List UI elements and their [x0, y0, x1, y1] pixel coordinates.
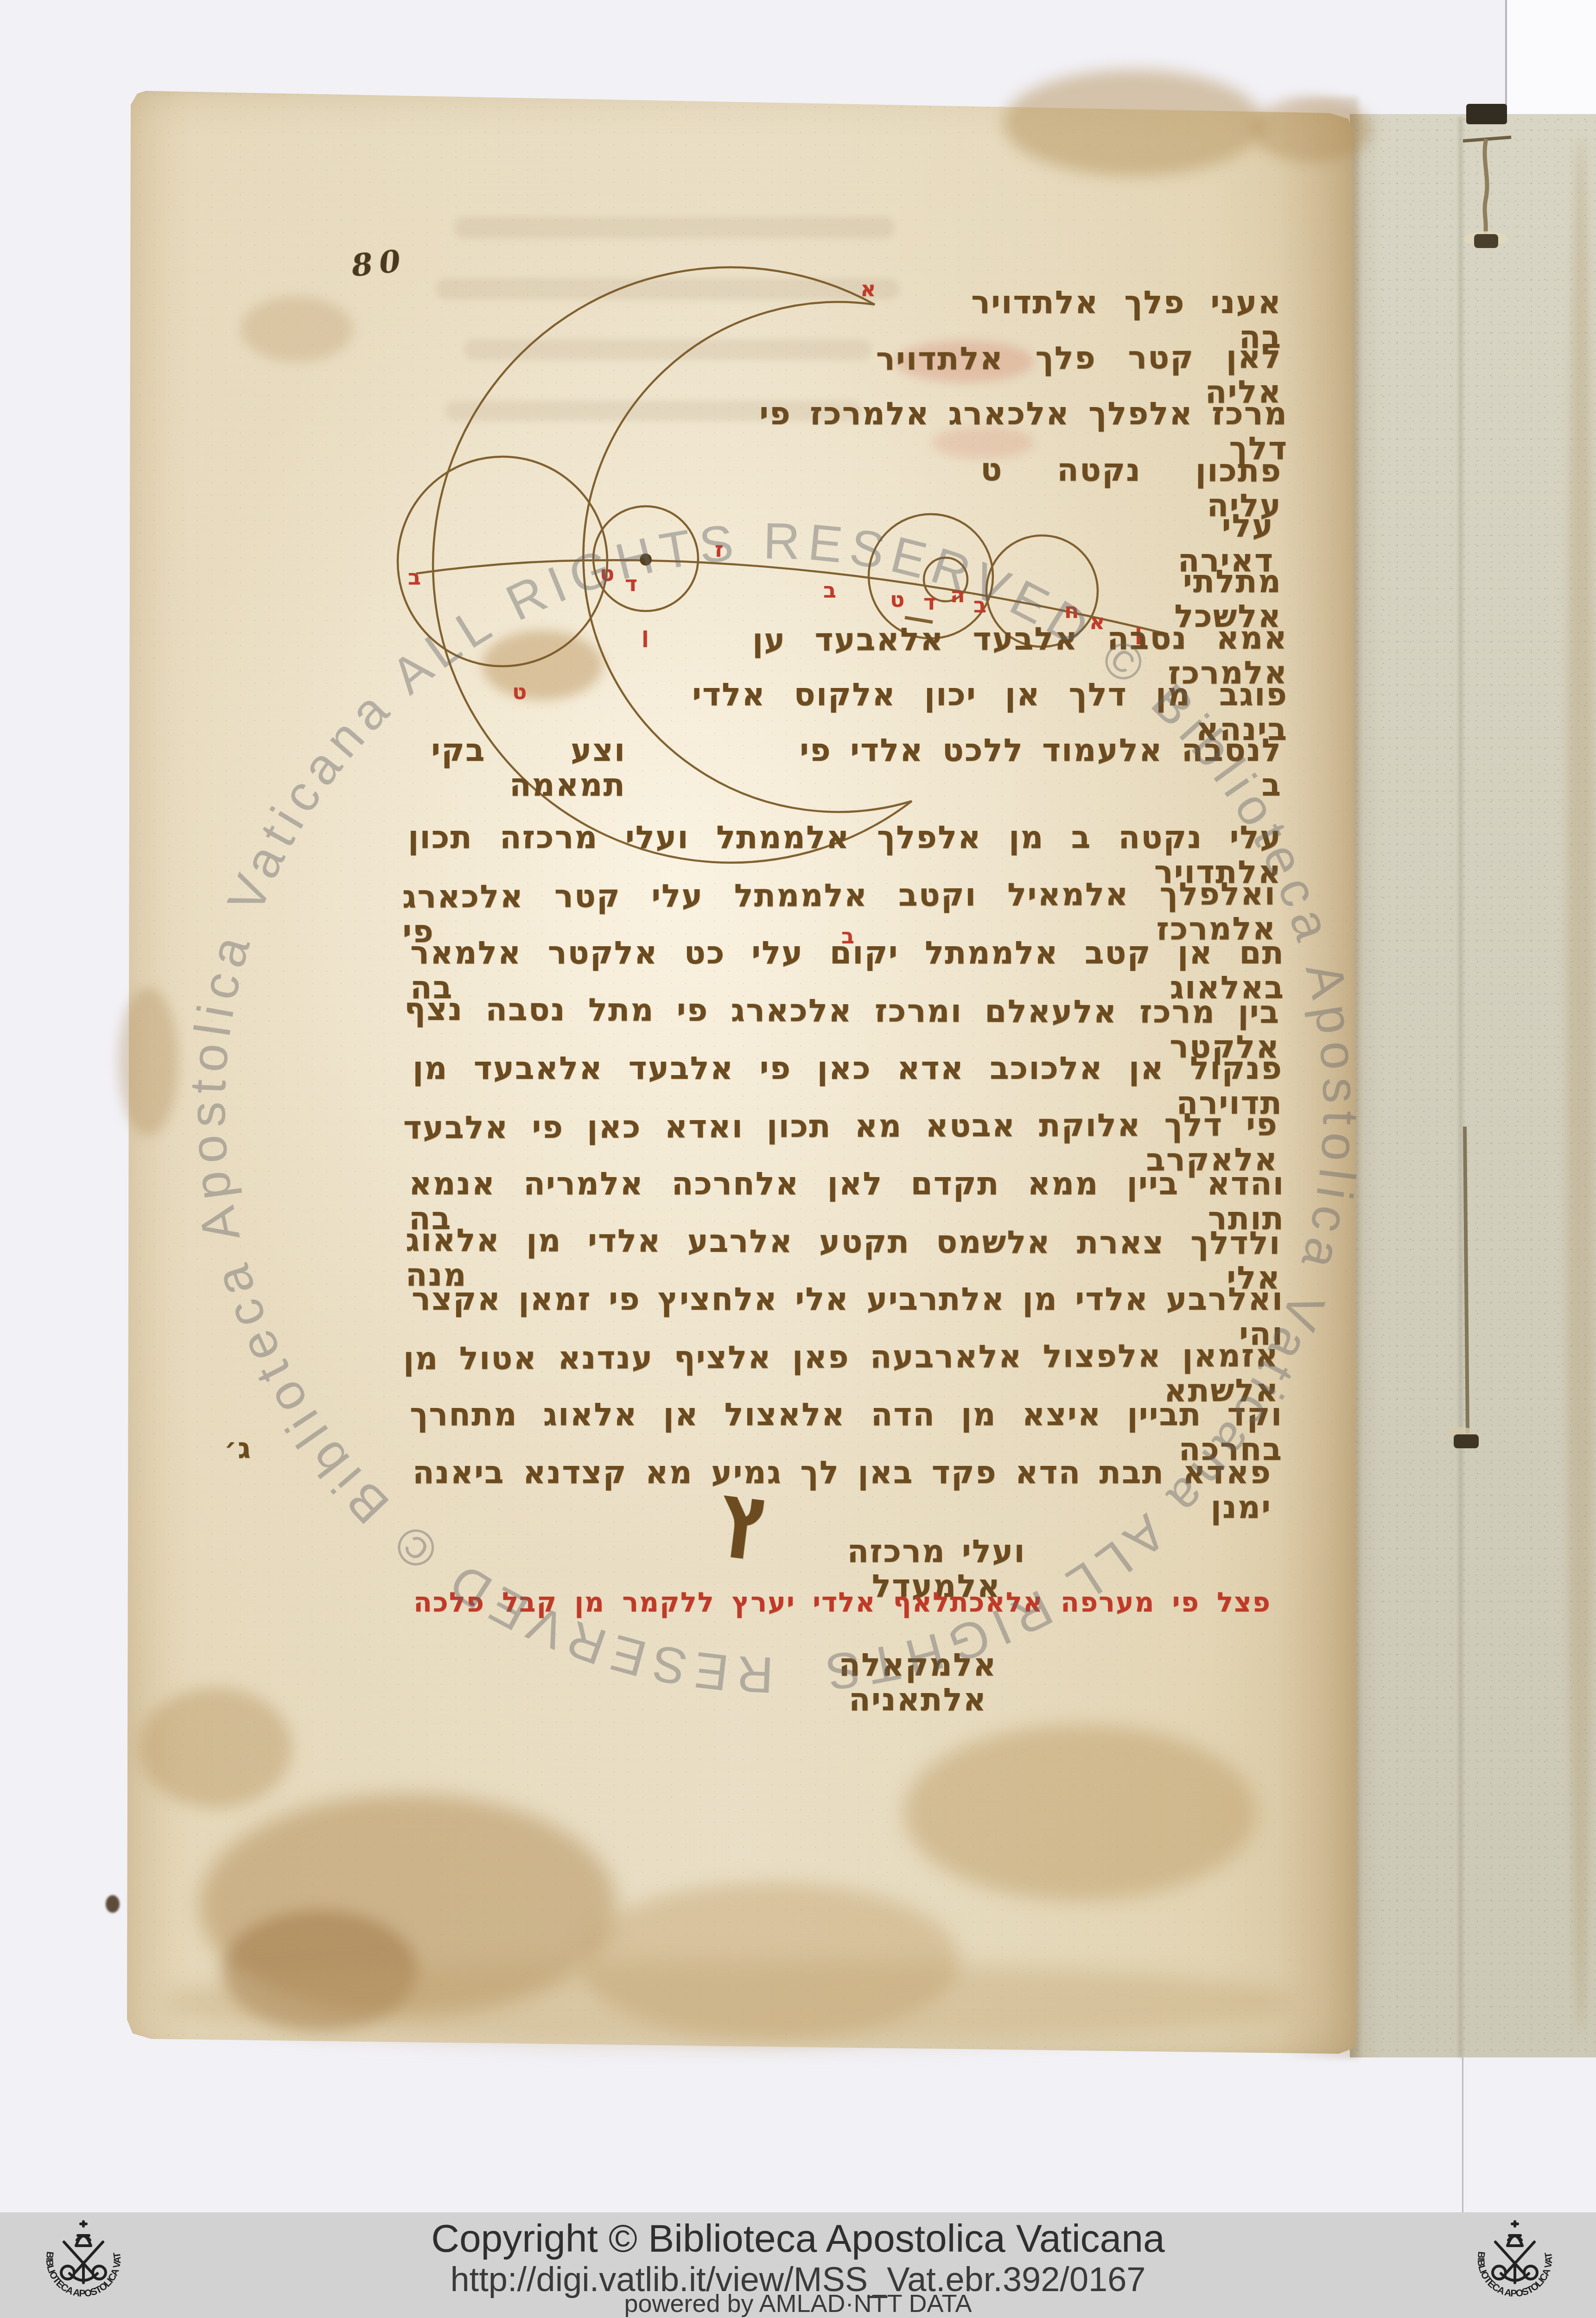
- tiara: [1507, 2235, 1522, 2246]
- digitized-manuscript-scan: 80 א ב ט ד ן ז ב ט ד ה ב ח א ן ב ט אעני …: [0, 0, 1596, 2318]
- tiara: [76, 2235, 91, 2246]
- svg-text:BIBLIOTECA APOSTOLICA VATICA: BIBLIOTECA APOSTOLICA VATICANA: [33, 2210, 123, 2299]
- logo-ring-text: BIBLIOTECA APOSTOLICA VATICANA: [33, 2210, 123, 2299]
- tiara-cross: [1512, 2222, 1518, 2226]
- logo-ring-text: BIBLIOTECA APOSTOLICA VATICANA: [1464, 2210, 1554, 2299]
- vatican-library-logo-icon: BIBLIOTECA APOSTOLICA VATICANA: [1469, 2218, 1561, 2311]
- footer-powered-by: powered by AMLAD·NTT DATA: [0, 2289, 1596, 2318]
- copyright-watermark: RESERVED © Biblioteca Apostolica Vatican…: [0, 0, 1596, 2318]
- svg-text:BIBLIOTECA APOSTOLICA VATICA: BIBLIOTECA APOSTOLICA VATICANA: [1464, 2210, 1554, 2299]
- watermark-ring-text: RESERVED © Biblioteca Apostolica Vatican…: [179, 512, 1370, 1704]
- vatican-library-logo-icon: BIBLIOTECA APOSTOLICA VATICANA: [37, 2218, 130, 2311]
- tiara-cross: [81, 2222, 86, 2226]
- svg-text:RESERVED © Biblioteca Apost: RESERVED © Biblioteca Apostolica Vatican…: [179, 512, 1370, 1704]
- footer-copyright: Copyright © Biblioteca Apostolica Vatica…: [0, 2216, 1596, 2261]
